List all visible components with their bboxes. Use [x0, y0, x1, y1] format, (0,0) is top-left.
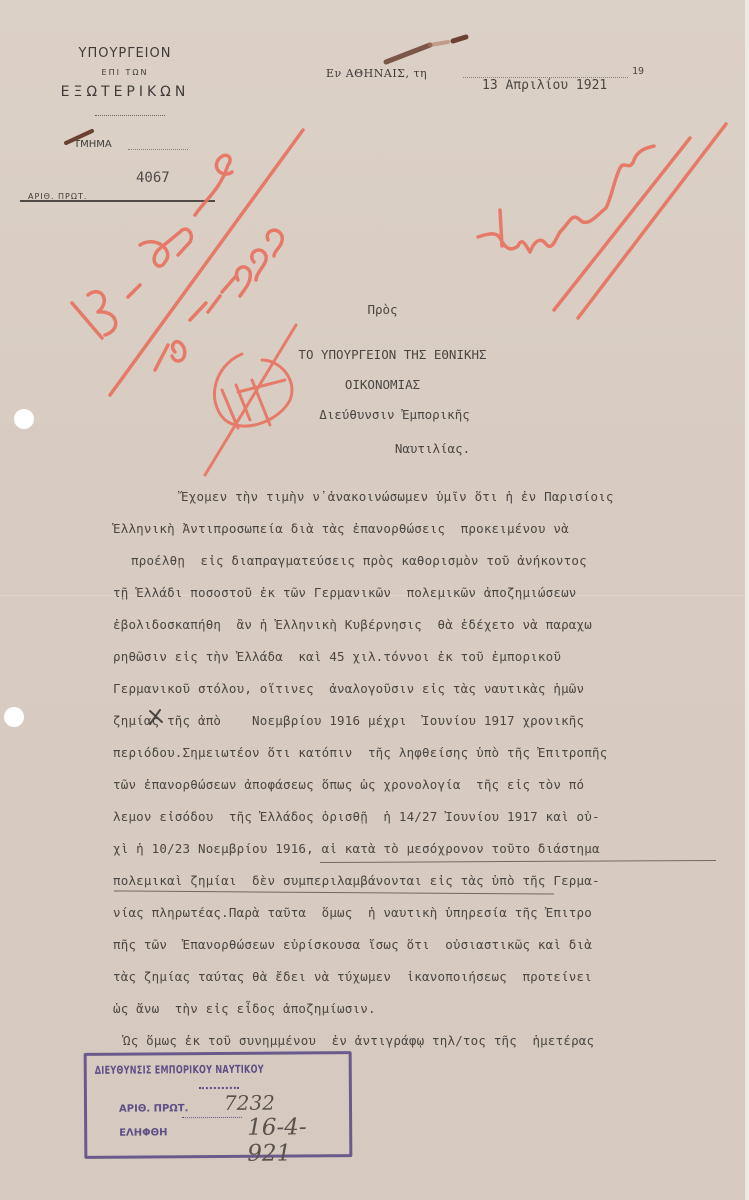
body-line: ὡς ἄνω τὴν εἰς εἶδος ἀποζημίωσιν. [113, 1001, 376, 1016]
page-edge [745, 0, 749, 1200]
body-line: χὶ ἡ 10/23 Νοεμβρίου 1916, αἱ κατὰ τὸ με… [113, 841, 600, 856]
body-line: προέλθῃ εἰς διαπραγματεύσεις πρὸς καθορι… [131, 553, 587, 568]
body-line: Ὡς ὅμως ἐκ τοῦ συνημμένου ἐν ἀντιγράφῳ τ… [123, 1033, 594, 1048]
document-page [0, 0, 745, 1200]
body-line: πολεμικαὶ ζημίαι δὲν συμπεριλαμβάνονται … [113, 873, 600, 888]
addressee-to: Πρὸς [10, 302, 749, 317]
stamp-received-date: 16-4-921 [247, 1114, 349, 1167]
body-line: λεμον εἰσόδου τῆς Ἑλλάδος ὁρισθῇ ἡ 14/27… [113, 809, 600, 824]
section-label: ΤΜΗΜΑ [74, 139, 112, 150]
letterhead-ministry: ΥΠΟΥΡΓΕΙΟΝ [40, 46, 210, 61]
letterhead-ornament-icon [95, 115, 165, 122]
body-line: νίας πληρωτέας.Παρὰ ταῦτα ὅμως ἡ ναυτικὴ… [113, 905, 592, 920]
letterhead-of-the: ΕΠΙ ΤΩΝ [40, 68, 210, 77]
addressee-line-3: Διεύθυνσιν Ἐμπορικῆς [22, 407, 749, 422]
section-field-line [128, 149, 188, 150]
stamp-protocol-line [182, 1117, 242, 1118]
stamp-protocol-label: ΑΡΙΘ. ΠΡΩΤ. [119, 1103, 188, 1114]
stamp-title: ΔΙΕΥΘΥΝΣΙΣ ΕΜΠΟΡΙΚΟΥ ΝΑΥΤΙΚΟΥ [95, 1063, 264, 1077]
stamp-received-label: ΕΛΗΦΘΗ [119, 1127, 167, 1138]
dateline-place: Εν ΑΘΗΝΑΙΣ, τη [326, 67, 427, 80]
protocol-rule [20, 200, 215, 202]
body-line: ἐβολιδοσκαπήθη ἂν ἡ Ἑλληνικὴ Κυβέρνησις … [113, 617, 592, 632]
addressee-line-1: ΤΟ ΥΠΟΥΡΓΕΙΟΝ ΤΗΣ ΕΘΝΙΚΗΣ [20, 347, 749, 362]
received-stamp: ΔΙΕΥΘΥΝΣΙΣ ΕΜΠΟΡΙΚΟΥ ΝΑΥΤΙΚΟΥ ΑΡΙΘ. ΠΡΩΤ… [84, 1051, 353, 1159]
protocol-number: 4067 [136, 170, 170, 186]
body-line: τῇ Ἑλλάδι ποσοστοῦ ἐκ τῶν Γερμανικῶν πολ… [113, 585, 577, 600]
body-line: τῶν ἐπανορθώσεων ἀποφάσεως ὅπως ὡς χρονο… [113, 777, 584, 792]
dateline-date: 13 Απριλίου 1921 [482, 78, 607, 93]
dateline-year-prefix: 19 [632, 66, 644, 77]
body-line: Γερμανικοῦ στόλου, οἵτινες ἀναλογοῦσιν ε… [113, 681, 584, 696]
addressee-line-2: ΟΙΚΟΝΟΜΙΑΣ [10, 377, 749, 392]
punch-hole-icon [4, 707, 24, 727]
body-line: ζημίας τῆς ἀπὸ Νοεμβρίου 1916 μέχρι Ἰουν… [113, 713, 584, 728]
stamp-protocol-number: 7232 [224, 1091, 275, 1115]
body-line: ρηθῶσιν εἰς τὴν Ἑλλάδα καὶ 45 χιλ.τόννοι… [113, 649, 561, 664]
body-line: Ἔχομεν τὴν τιμὴν ν᾽ἀνακοινώσωμεν ὑμῖν ὅτ… [181, 489, 614, 504]
addressee-line-4: Ναυτιλίας. [60, 441, 749, 456]
body-line: Ἑλληνικὴ Ἀντιπροσωπεία διὰ τὰς ἐπανορθώσ… [113, 521, 569, 536]
body-line: τὰς ζημίας ταύτας θὰ ἔδει νὰ τύχωμεν ἱκα… [113, 969, 592, 984]
body-line: περιόδου.Σημειωτέον ὅτι κατόπιν τῆς ληφθ… [113, 745, 607, 760]
letterhead-foreign-affairs: ΕΞΩΤΕΡΙΚΩΝ [40, 84, 210, 100]
stamp-ornament-icon [199, 1087, 239, 1089]
body-line: πῆς τῶν Ἐπανορθώσεων εὑρίσκουσα ἴσως ὅτι… [113, 937, 592, 952]
